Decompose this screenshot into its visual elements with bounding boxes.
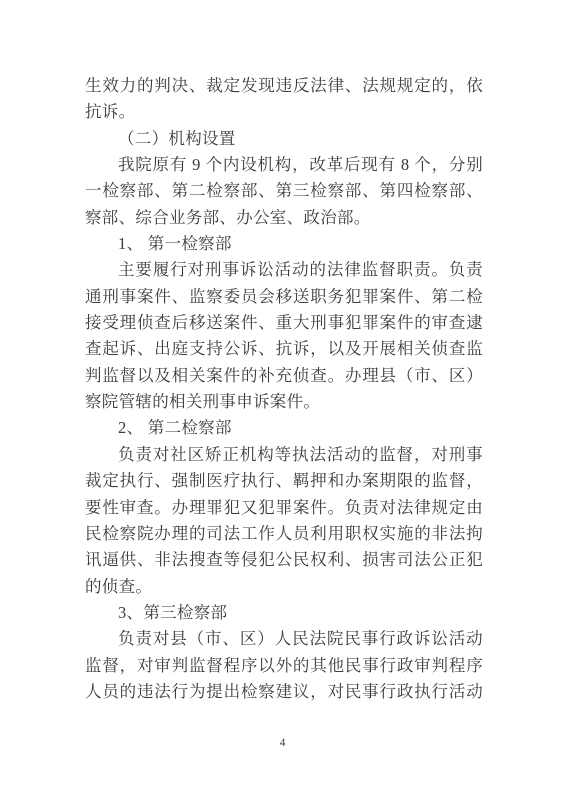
text-line: 一检察部、第二检察部、第三检察部、第四检察部、第五检 [85, 178, 483, 204]
text-line: 接受理侦查后移送案件、重大刑事犯罪案件的审查逮捕、审 [85, 310, 483, 336]
page-number: 4 [0, 737, 565, 749]
document-page: 生效力的判决、裁定发现违反法律、法规规定的，依法提出 抗诉。 （二）机构设置 我… [0, 0, 565, 800]
text-line: 的侦查。 [85, 574, 483, 600]
text-line: 民检察院办理的司法工作人员利用职权实施的非法拘禁、刑 [85, 521, 483, 547]
text-line: 察院管辖的相关刑事申诉案件。 [85, 389, 483, 415]
text-line: 我院原有 9 个内设机构，改革后现有 8 个，分别为：第 [85, 152, 483, 178]
document-body: 生效力的判决、裁定发现违反法律、法规规定的，依法提出 抗诉。 （二）机构设置 我… [85, 73, 483, 705]
text-line: 察部、综合业务部、办公室、政治部。 [85, 205, 483, 231]
text-line: 要性审查。办理罪犯又犯罪案件。负责对法律规定由县级人 [85, 495, 483, 521]
list-item-heading: 1、 第一检察部 [85, 231, 483, 257]
text-line: 负责对社区矫正机构等执法活动的监督，对刑事判决、 [85, 442, 483, 468]
text-line: 查起诉、出庭支持公诉、抗诉，以及开展相关侦查监督、审 [85, 336, 483, 362]
text-line: 裁定执行、强制医疗执行、羁押和办案期限的监督，羁押必 [85, 468, 483, 494]
list-item-heading: 2、 第二检察部 [85, 415, 483, 441]
list-item-heading: 3、第三检察部 [85, 600, 483, 626]
text-line: 人员的违法行为提出检察建议，对民事行政执行活动实行法 [85, 679, 483, 705]
text-line: 通刑事案件、监察委员会移送职务犯罪案件、第二检察部直 [85, 284, 483, 310]
text-line: 主要履行对刑事诉讼活动的法律监督职责。负责办理普 [85, 257, 483, 283]
text-line: 讯逼供、非法搜查等侵犯公民权利、损害司法公正犯罪案件 [85, 547, 483, 573]
text-line: 抗诉。 [85, 99, 483, 125]
text-line: 生效力的判决、裁定发现违反法律、法规规定的，依法提出 [85, 73, 483, 99]
section-heading: （二）机构设置 [85, 126, 483, 152]
text-line: 监督，对审判监督程序以外的其他民事行政审判程序中审判 [85, 653, 483, 679]
text-line: 判监督以及相关案件的补充侦查。办理县（市、区）人民检 [85, 363, 483, 389]
text-line: 负责对县（市、区）人民法院民事行政诉讼活动的法律 [85, 626, 483, 652]
